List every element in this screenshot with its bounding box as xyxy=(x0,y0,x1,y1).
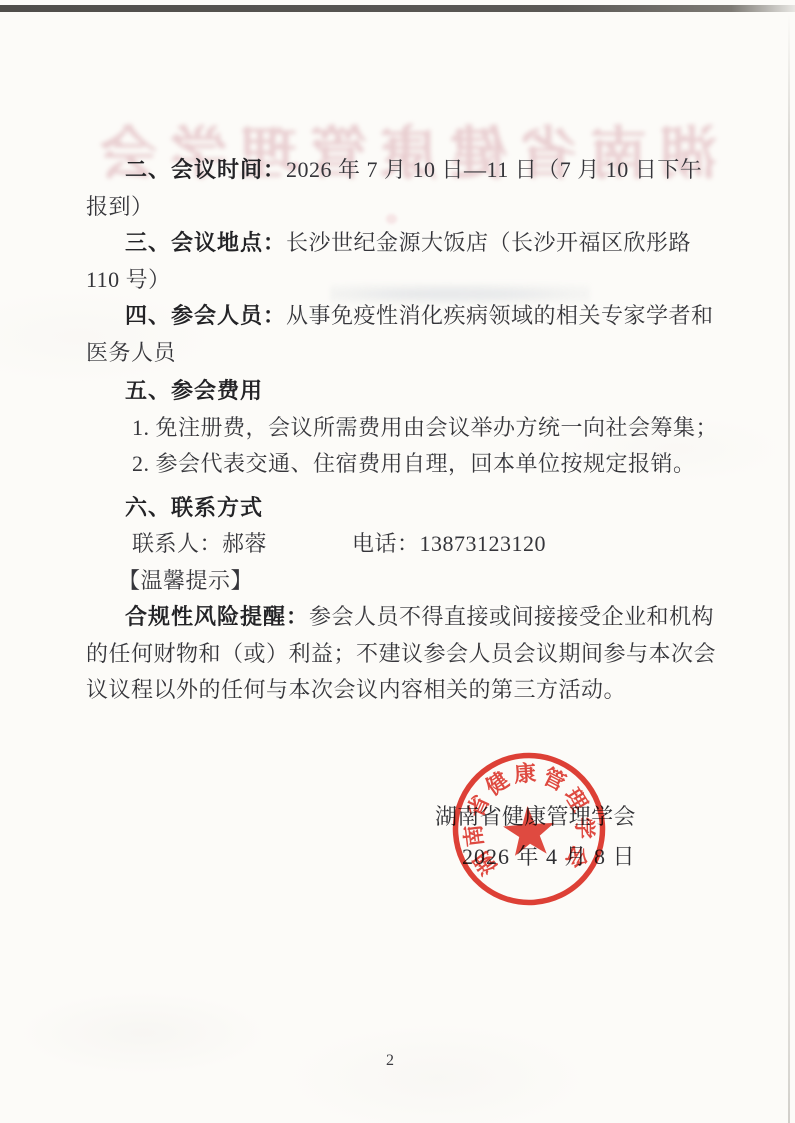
scan-edge-right-artifact xyxy=(788,14,790,1123)
text-line: 的任何财物和（或）利益；不建议参会人员会议期间参与本次会 xyxy=(86,636,729,673)
svg-text:管: 管 xyxy=(539,763,570,795)
section-heading: 四、参会人员： xyxy=(125,303,286,328)
text-line: 2. 参会代表交通、住宿费用自理，回本单位按规定报销。 xyxy=(86,446,729,483)
body-text-segment: 从事免疫性消化疾病领域的相关专家学者和 xyxy=(286,303,714,328)
seal-star-icon xyxy=(502,804,557,856)
svg-text:康: 康 xyxy=(513,760,537,786)
body-text-segment: 110 号） xyxy=(86,267,171,292)
body-text-segment: 2. 参会代表交通、住宿费用自理，回本单位按规定报销。 xyxy=(132,451,696,476)
contact-phone: 电话：13873123120 xyxy=(352,531,546,556)
section-heading: 三、会议地点： xyxy=(125,230,286,255)
body-text-segment: 报到） xyxy=(86,194,154,219)
body-text-segment: 医务人员 xyxy=(86,340,176,365)
text-line: 报到） xyxy=(86,189,729,226)
page-number: 2 xyxy=(386,1052,394,1070)
text-line: 【温馨提示】 xyxy=(86,563,729,600)
section-heading: 合规性风险提醒： xyxy=(125,604,309,629)
document-body: 二、会议时间：2026 年 7 月 10 日—11 日（7 月 10 日下午报到… xyxy=(86,152,729,709)
text-line: 1. 免注册费，会议所需费用由会议举办方统一向社会筹集； xyxy=(86,410,729,447)
scanned-document-page: 湖南省健康管理学会 二、会议时间：2026 年 7 月 10 日—11 日（7 … xyxy=(0,0,795,1123)
body-text-segment: 2026 年 7 月 10 日—11 日（7 月 10 日下午 xyxy=(286,157,702,182)
section-heading: 五、参会费用 xyxy=(125,378,263,403)
body-text-segment: 的任何财物和（或）利益；不建议参会人员会议期间参与本次会 xyxy=(86,641,716,666)
svg-text:省: 省 xyxy=(462,791,494,821)
section-heading: 六、联系方式 xyxy=(125,495,263,520)
scan-edge-top-artifact xyxy=(0,5,795,12)
text-line: 合规性风险提醒：参会人员不得直接或间接接受企业和机构 xyxy=(86,599,729,636)
body-text-segment: 议议程以外的任何与本次会议内容相关的第三方活动。 xyxy=(86,677,626,702)
svg-text:学: 学 xyxy=(572,817,597,839)
official-seal-stamp: 湖 南 省 健 康 管 理 学 会 xyxy=(447,747,611,911)
text-line: 110 号） xyxy=(86,262,729,299)
text-line: 四、参会人员：从事免疫性消化疾病领域的相关专家学者和 xyxy=(86,298,729,335)
body-text-segment: 【温馨提示】 xyxy=(118,568,253,593)
svg-text:南: 南 xyxy=(460,823,487,848)
text-line: 六、联系方式 xyxy=(86,490,729,527)
text-line: 医务人员 xyxy=(86,335,729,372)
text-line: 五、参会费用 xyxy=(86,373,729,410)
text-line: 二、会议时间：2026 年 7 月 10 日—11 日（7 月 10 日下午 xyxy=(86,152,729,189)
text-line: 三、会议地点：长沙世纪金源大饭店（长沙开福区欣彤路 xyxy=(86,225,729,262)
section-heading: 二、会议时间： xyxy=(125,157,286,182)
body-text-segment: 参会人员不得直接或间接接受企业和机构 xyxy=(309,604,714,629)
body-text-segment: 1. 免注册费，会议所需费用由会议举办方统一向社会筹集； xyxy=(132,415,718,440)
contact-person: 联系人：郝蓉 xyxy=(132,531,267,556)
text-line: 议议程以外的任何与本次会议内容相关的第三方活动。 xyxy=(86,672,729,709)
text-line: 联系人：郝蓉电话：13873123120 xyxy=(86,526,729,563)
body-text-segment: 长沙世纪金源大饭店（长沙开福区欣彤路 xyxy=(286,230,691,255)
